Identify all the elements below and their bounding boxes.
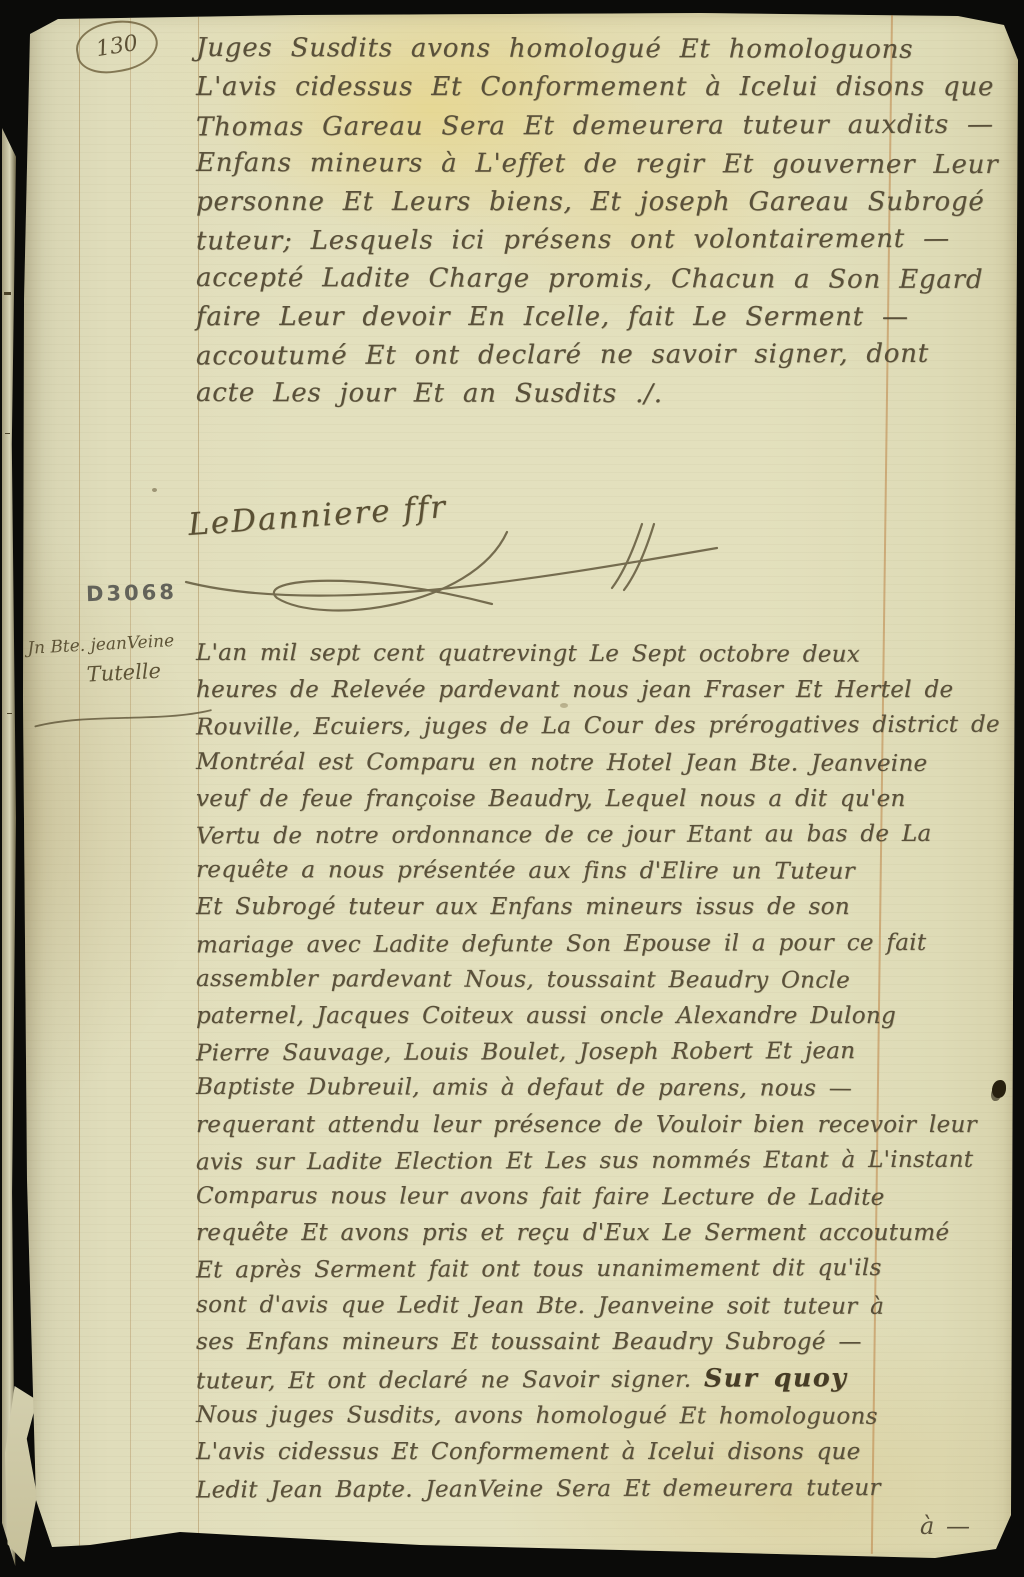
manuscript-line: veuf de feue françoise Beaudry, Lequel n… [196,781,1000,817]
manuscript-line: sont d'avis que Ledit Jean Bte. Jeanvein… [196,1287,1000,1325]
manuscript-line: requête a nous présentée aux fins d'Elir… [196,852,1000,890]
manuscript-line: L'avis cidessus Et Conformement à Icelui… [196,1434,1000,1470]
manuscript-line: Montréal est Comparu en notre Hotel Jean… [196,744,1000,782]
margin-rule-line [79,16,80,1553]
manuscript-line: faire Leur devoir En Icelle, fait Le Ser… [196,298,998,336]
manuscript-line: avis sur Ladite Election Et Les sus nomm… [196,1141,1000,1180]
archival-code: D3068 [86,580,177,606]
manuscript-line: tuteur; Lesquels ici présens ont volonta… [196,220,999,261]
ink-blot [992,1080,1006,1098]
signature-flourish [172,520,732,635]
manuscript-line: L'an mil sept cent quatrevingt Le Sept o… [196,635,1000,673]
adjacent-page-ink-marks [4,292,11,295]
adjacent-page-edge [2,128,16,1566]
manuscript-line: requête Et avons pris et reçu d'Eux Le S… [196,1215,1000,1251]
manuscript-line: accoutumé Et ont declaré ne savoir signe… [196,335,999,376]
manuscript-line: Et après Serment fait ont tous unanimeme… [196,1250,1000,1289]
manuscript-line: heures de Relevée pardevant nous jean Fr… [196,672,1000,708]
manuscript-line: Ledit Jean Bapte. JeanVeine Sera Et deme… [196,1469,1000,1508]
manuscript-line: assembler pardevant Nous, toussaint Beau… [196,961,1000,999]
manuscript-line: paternel, Jacques Coiteux aussi oncle Al… [196,998,1000,1034]
manuscript-line: Pierre Sauvage, Louis Boulet, Joseph Rob… [196,1033,1000,1072]
scanned-manuscript: 130 Juges Susdits avons homologué Et hom… [0,0,1024,1577]
manuscript-line: acte Les jour Et an Susdits ./. [196,374,999,414]
manuscript-line: Baptiste Dubreuil, amis à defaut de pare… [196,1069,1000,1107]
manuscript-line: requerant attendu leur présence de Voulo… [196,1107,1000,1143]
manuscript-line: Comparus nous leur avons fait faire Lect… [196,1178,1000,1216]
manuscript-page: 130 Juges Susdits avons homologué Et hom… [0,0,1024,1577]
manuscript-line: personne Et Leurs biens, Et joseph Garea… [196,183,998,221]
manuscript-line: Juges Susdits avons homologué Et homolog… [196,29,999,69]
entry-1-text: Juges Susdits avons homologué Et homolog… [196,30,998,413]
margin-note: Jn Bte. jeanVeine Tutelle [27,629,209,689]
manuscript-line: L'avis cidessus Et Conformement à Icelui… [196,68,998,106]
margin-note-name: Jn Bte. jeanVeine [27,629,208,658]
entry-2-text: L'an mil sept cent quatrevingt Le Sept o… [196,636,1000,1507]
paper-speck [152,488,157,492]
manuscript-line: Nous juges Susdits, avons homologué Et h… [196,1397,1000,1435]
manuscript-line: Rouville, Ecuiers, juges de La Cour des … [196,707,1000,746]
folio-number: 130 [94,31,139,62]
manuscript-line: tuteur, Et ont declaré ne Savoir signer.… [196,1359,1000,1400]
margin-rule-line [130,16,131,1553]
manuscript-line: ses Enfans mineurs Et toussaint Beaudry … [196,1324,1000,1360]
manuscript-line: accepté Ladite Charge promis, Chacun a S… [196,259,999,299]
manuscript-line: Thomas Gareau Sera Et demeurera tuteur a… [196,105,999,146]
manuscript-line: mariage avec Ladite defunte Son Epouse i… [196,924,1000,963]
manuscript-line: Et Subrogé tuteur aux Enfans mineurs iss… [196,889,1000,925]
paper-speck [560,703,568,708]
manuscript-line: Vertu de notre ordonnance de ce jour Eta… [196,816,1000,855]
manuscript-line: Enfans mineurs à L'effet de regir Et gou… [196,144,999,184]
catchword: à — [920,1512,972,1540]
emphasized-phrase: Sur quoy [704,1362,848,1393]
folio-number-circled: 130 [73,15,162,78]
margin-note-type: Tutelle [86,656,209,686]
margin-note-underline [33,703,216,732]
